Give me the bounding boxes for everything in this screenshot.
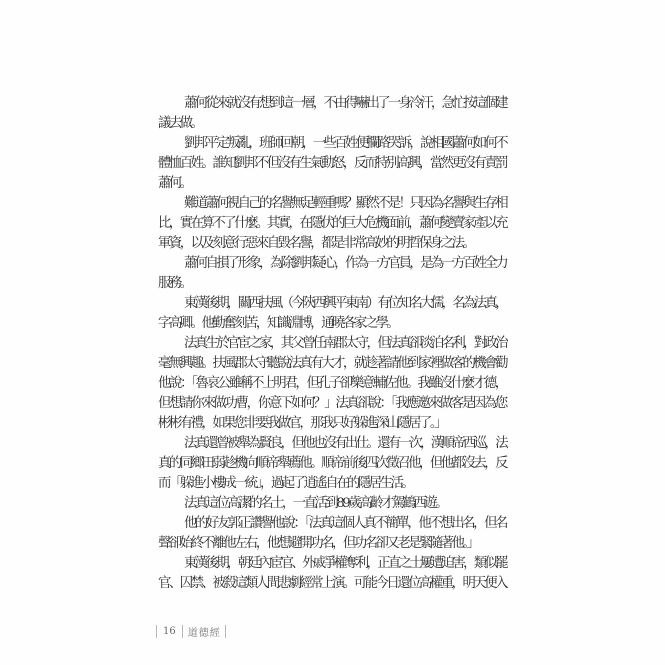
text-line: 比，實在算不了什麼。其實，在隱伏的巨大危機面前，蕭何變賣家產以充 [158,214,506,234]
text-line: 蕭何自損了形象，為除劉邦疑心，作為一方官員，是為一方百姓全力 [158,254,506,274]
text-line: 但想請你來做功曹，你意下如何？」法真卻說：「我應邀來做客是因為您 [158,394,506,414]
text-line: 東漢後期，關西扶風（今陝西興平東南）有位知名大儒，名為法真， [158,294,506,314]
text-line: 而「躲進小樓成一統」，過起了逍遙自在的隱居生活。 [158,474,506,494]
text-line: 服務。 [158,274,506,294]
text-line: 蕭何。 [158,174,506,194]
text-line: 法真生於官宦之家，其父曾任南郡太守，但法真卻淡泊名利，對政治 [158,334,506,354]
text-line: 體恤百姓。誰知劉邦不但沒有生氣動怒，反而特別高興，當然更沒有責罰 [158,154,506,174]
page-footer: 16 道德經 [156,623,226,639]
text-line: 劉邦平定叛亂，班師回朝，一些百姓便攔路哭訴，說相國蕭何如何不 [158,134,506,154]
text-line: 法真這位高潔的名士，一直活到89歲高齡才駕鶴西遊。 [158,494,506,514]
text-line: 彬彬有禮，如果您非要我做官，那我只好躲進深山隱居了。」 [158,414,506,434]
text-line: 法真還曾被舉為賢良，但他也沒有出仕。還有一次，漢順帝西巡，法 [158,434,506,454]
body-text: 蕭何從來就沒有想到這一層，不由得嚇出了一身冷汗，急忙按這個建議去做。劉邦平定叛亂… [158,94,506,594]
text-line: 軍資，以及刻意行惡來自毀名譽，都是非常高妙的明哲保身之法。 [158,234,506,254]
text-line: 東漢後期，朝廷內宦官、外戚爭權奪利，正直之士屢遭迫害，類似罷 [158,554,506,574]
text-line: 毫無興趣。扶風郡太守聽說法真有大才，就趁著請他到家裡做客的機會勸 [158,354,506,374]
text-line: 聲卻始終不離他左右，他想避開功名，但功名卻又老是緊隨著他。」 [158,534,506,554]
footer-divider [225,625,226,638]
text-line: 他說：「魯哀公雖稱不上明君，但孔子卻樂意輔佐他。我雖沒什麼才德， [158,374,506,394]
text-line: 他的好友郭正讚譽他說：「法真這個人真不簡單，他不想出名，但名 [158,514,506,534]
text-line: 議去做。 [158,114,506,134]
text-line: 官、囚禁、被殺這類人間悲劇經常上演。可能今日還位高權重，明天便入 [158,574,506,594]
text-line: 蕭何從來就沒有想到這一層，不由得嚇出了一身冷汗，急忙按這個建 [158,94,506,114]
text-line: 真的同鄉田弱趁機向順帝舉薦他。順帝前後四次徵召他，但他都沒去，反 [158,454,506,474]
text-line: 字高卿。他勤奮刻苦，知識淵博，通曉各家之學。 [158,314,506,334]
book-title: 道德經 [183,624,225,639]
text-line: 難道蕭何視自己的名譽無足輕重嗎？顯然不是！只因為名譽與生存相 [158,194,506,214]
book-page: 蕭何從來就沒有想到這一層，不由得嚇出了一身冷汗，急忙按這個建議去做。劉邦平定叛亂… [0,0,665,665]
page-number: 16 [157,626,182,637]
